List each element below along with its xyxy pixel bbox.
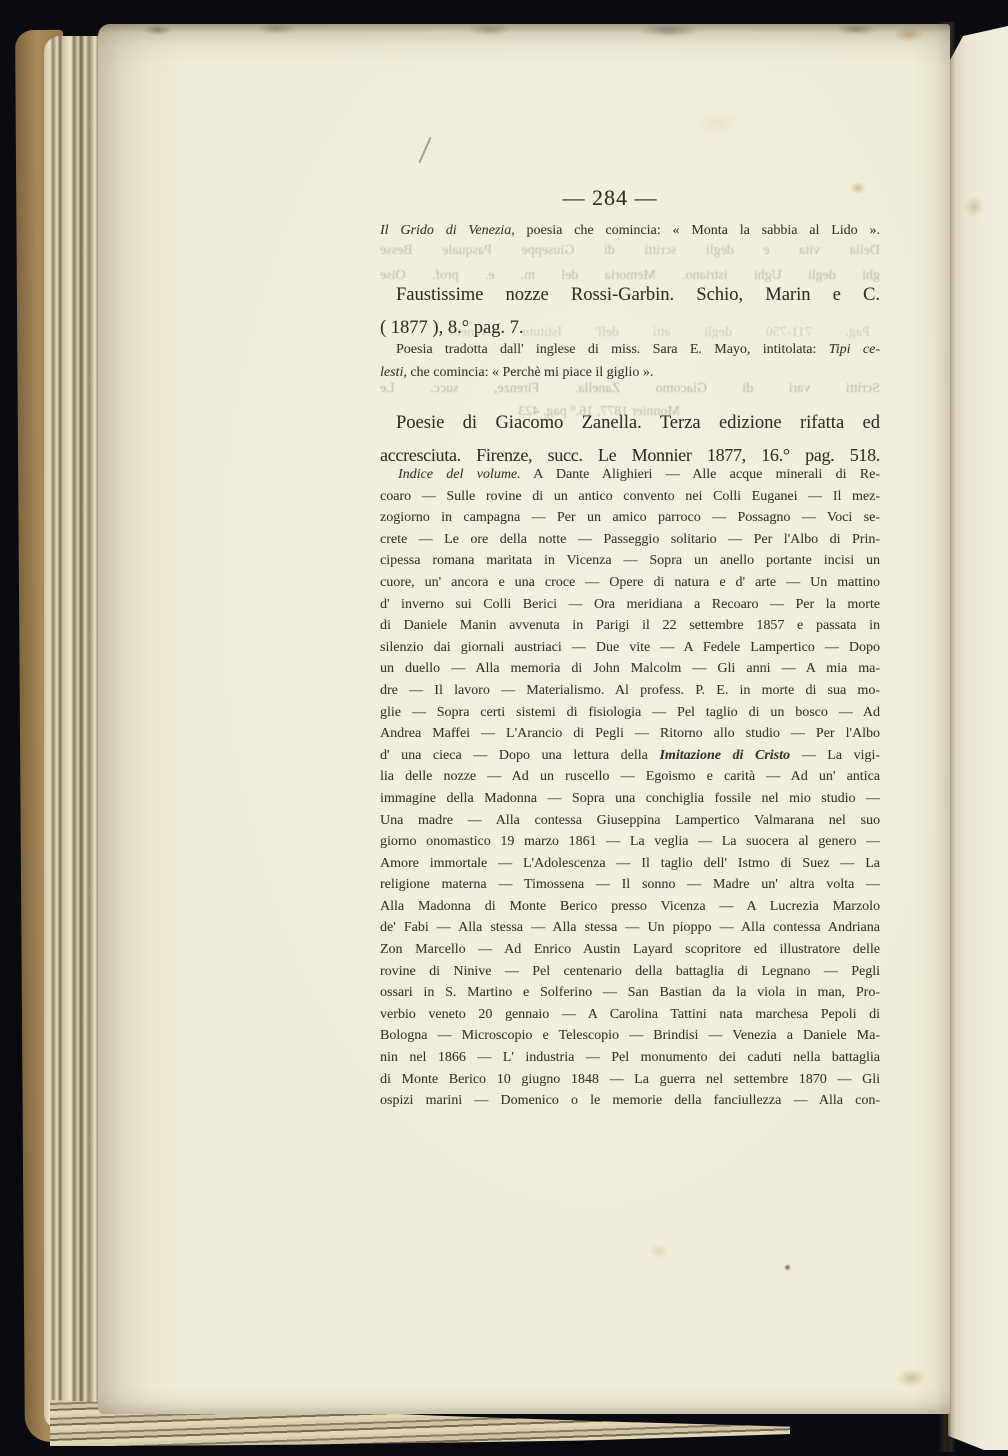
index-paragraph: Indice del volume. A Dante Alighieri — A… xyxy=(380,464,880,1112)
book-scan: Della vita e degli scritti di Giuseppe P… xyxy=(0,0,1008,1456)
index-line: Andrea Maffei — L'Arancio di Pegli — Rit… xyxy=(380,723,880,745)
index-line: coaro — Sulle rovine di un antico conven… xyxy=(380,486,880,508)
index-line: Una madre — Alla contessa Giuseppina Lam… xyxy=(380,810,880,832)
page-number: — 284 — xyxy=(360,185,860,211)
note-text: poesia che comincia: « Monta la sabbia a… xyxy=(515,223,880,238)
index-line: ospizi marini — Domenico o le memorie de… xyxy=(380,1090,880,1112)
index-line: Alla Madonna di Monte Berico presso Vice… xyxy=(380,896,880,918)
index-line: verbio veneto 20 gennaio — A Carolina Ta… xyxy=(380,1004,880,1026)
index-line: nin nel 1866 — L' industria — Pel monume… xyxy=(380,1047,880,1069)
index-text: — La vigi- xyxy=(790,748,880,763)
work-title: Imitazione di Cristo xyxy=(659,748,790,763)
index-line: giorno onomastico 19 marzo 1861 — La veg… xyxy=(380,831,880,853)
index-intro: Indice del volume. xyxy=(398,467,521,482)
book-page: Della vita e degli scritti di Giuseppe P… xyxy=(98,24,950,1414)
work-title: Tipi ce- xyxy=(829,342,880,357)
index-line: di Daniele Manin avvenuta in Parigi il 2… xyxy=(380,615,880,637)
index-line: d' una cieca — Dopo una lettura della Im… xyxy=(380,745,880,767)
stain xyxy=(896,1368,926,1388)
index-line: Amore immortale — L'Adolescenza — Il tag… xyxy=(380,853,880,875)
index-line: un duello — Alla memoria di John Malcolm… xyxy=(380,658,880,680)
index-line: religione materna — Timossena — Il sonno… xyxy=(380,874,880,896)
index-line: d' inverno sui Colli Berici — Ora meridi… xyxy=(380,594,880,616)
catalog-entry-2-heading-line1: Faustissime nozze Rossi-Garbin. Schio, M… xyxy=(380,280,880,311)
stain xyxy=(648,1244,670,1258)
index-line: Indice del volume. A Dante Alighieri — A… xyxy=(380,464,880,486)
index-line: ossari in S. Martino e Solferino — San B… xyxy=(380,982,880,1004)
index-line: rovine di Ninive — Pel centenario della … xyxy=(380,961,880,983)
note-text: Poesia tradotta dall' inglese di miss. S… xyxy=(396,342,829,357)
index-line: cipessa romana maritata in Vicenza — Sop… xyxy=(380,550,880,572)
index-line: di Monte Berico 10 giugno 1848 — La guer… xyxy=(380,1069,880,1091)
index-text: A Dante Alighieri — Alle acque minerali … xyxy=(521,467,880,482)
index-line: Bologna — Microscopio e Telescopio — Bri… xyxy=(380,1025,880,1047)
burnt-top-edge xyxy=(98,24,950,44)
scratch-mark xyxy=(418,137,431,163)
index-line: immagine della Madonna — Sopra una conch… xyxy=(380,788,880,810)
index-line: zogiorno in campagna — Per un amico parr… xyxy=(380,507,880,529)
index-line: de' Fabi — Alla stessa — Alla stessa — U… xyxy=(380,917,880,939)
catalog-entry-2-note-line1: Poesia tradotta dall' inglese di miss. S… xyxy=(380,339,880,361)
work-title: Il Grido di Venezia, xyxy=(380,223,515,238)
index-line: cuore, un' ancora e una croce — Opere di… xyxy=(380,572,880,594)
note-text: che comincia: « Perchè mi piace il gigli… xyxy=(407,365,653,380)
catalog-entry-2-note-line2: lesti, che comincia: « Perchè mi piace i… xyxy=(380,362,880,384)
index-line: glie — Sopra certi sistemi di fisiologia… xyxy=(380,702,880,724)
index-text: d' una cieca — Dopo una lettura della xyxy=(380,748,659,763)
index-line: dre — Il lavoro — Materialismo. Al profe… xyxy=(380,680,880,702)
stain xyxy=(784,1264,791,1271)
facing-page-edge xyxy=(948,22,1008,1450)
index-line: crete — Le ore della notte — Passeggio s… xyxy=(380,529,880,551)
index-line: Zon Marcello — Ad Enrico Austin Layard s… xyxy=(380,939,880,961)
catalog-entry-1-note: Il Grido di Venezia, poesia che comincia… xyxy=(380,220,880,242)
catalog-entry-3-heading-line1: Poesie di Giacomo Zanella. Terza edizion… xyxy=(380,408,880,439)
work-title: lesti, xyxy=(380,365,407,380)
index-line: lia delle nozze — Ad un ruscello — Egois… xyxy=(380,766,880,788)
index-line: silenzio dai giornali austriaci — Due vi… xyxy=(380,637,880,659)
bleedthrough-text: Della vita e degli scritti di Giuseppe P… xyxy=(380,243,880,259)
stain xyxy=(696,112,740,134)
